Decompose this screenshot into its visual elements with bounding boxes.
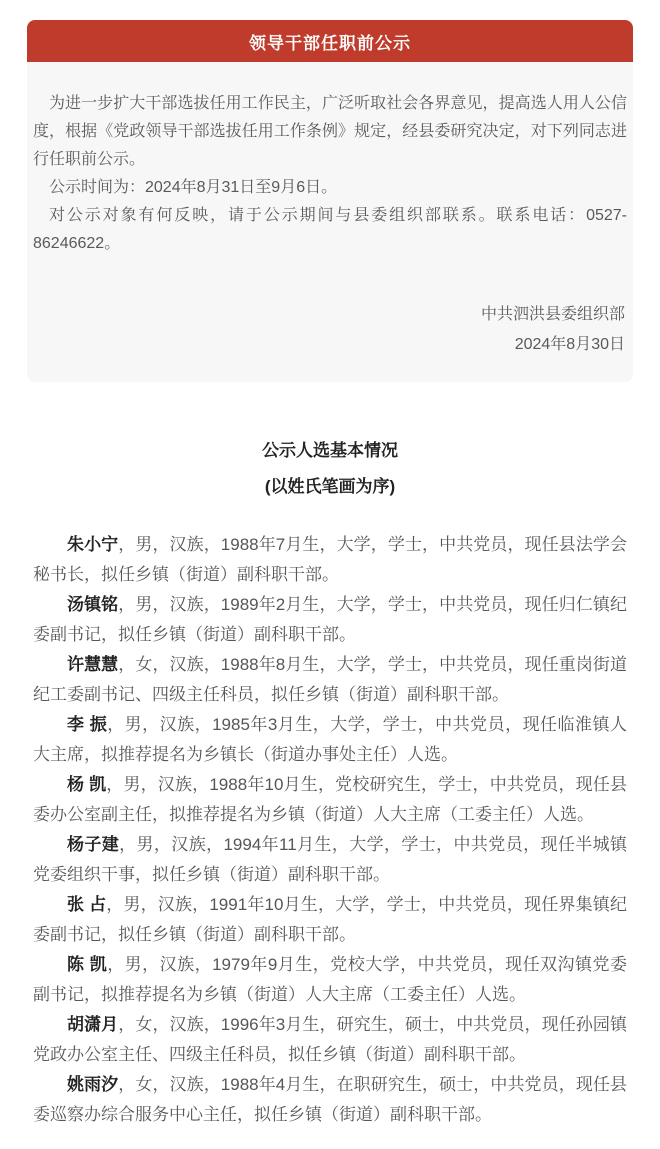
candidate-entry: 张 占，男，汉族，1991年10月生，大学，学士，中共党员，现任界集镇纪委副书记… (33, 890, 627, 950)
candidate-detail: ，男，汉族，1991年10月生，大学，学士，中共党员，现任界集镇纪委副书记，拟任… (33, 895, 627, 944)
candidate-entry: 杨 凯，男，汉族，1988年10月生，党校研究生，学士，中共党员，现任县委办公室… (33, 770, 627, 830)
notice-paragraph-period: 公示时间为：2024年8月31日至9月6日。 (33, 174, 627, 202)
roster-section: 公示人选基本情况 (以姓氏笔画为序) 朱小宁，男，汉族，1988年7月生，大学，… (27, 436, 633, 1130)
candidate-entry: 朱小宁，男，汉族，1988年7月生，大学，学士，中共党员，现任县法学会秘书长，拟… (33, 530, 627, 590)
candidate-entry: 杨子建，男，汉族，1994年11月生，大学，学士，中共党员，现任半城镇党委组织干… (33, 830, 627, 890)
candidate-detail: ，男，汉族，1979年9月生，党校大学，中共党员，现任双沟镇党委副书记，拟推荐提… (33, 955, 627, 1004)
candidate-name: 胡潇月 (67, 1015, 118, 1034)
signature-date: 2024年8月30日 (33, 330, 627, 360)
candidate-name: 许慧慧 (67, 655, 118, 674)
candidate-detail: ，女，汉族，1988年8月生，大学，学士，中共党员，现任重岗街道纪工委副书记、四… (33, 655, 627, 704)
roster-subtitle: (以姓氏笔画为序) (33, 472, 627, 502)
notice-paragraph-contact: 对公示对象有何反映，请于公示期间与县委组织部联系。联系电话：0527-86246… (33, 202, 627, 258)
candidate-name: 汤镇铭 (67, 595, 118, 614)
roster-title: 公示人选基本情况 (33, 436, 627, 466)
candidate-name: 朱小宁 (67, 535, 118, 554)
candidate-entry: 胡潇月，女，汉族，1996年3月生，研究生，硕士，中共党员，现任孙园镇党政办公室… (33, 1010, 627, 1070)
candidate-detail: ，男，汉族，1988年7月生，大学，学士，中共党员，现任县法学会秘书长，拟任乡镇… (33, 535, 627, 584)
candidate-detail: ，女，汉族，1988年4月生，在职研究生，硕士，中共党员，现任县委巡察办综合服务… (33, 1075, 627, 1124)
candidate-detail: ，男，汉族，1989年2月生，大学，学士，中共党员，现任归仁镇纪委副书记，拟任乡… (33, 595, 627, 644)
candidate-name: 杨 凯 (67, 775, 106, 794)
announcement-page: 领导干部任职前公示 为进一步扩大干部选拔任用工作民主，广泛听取社会各界意见，提高… (0, 0, 660, 1149)
candidate-name: 陈 凯 (67, 955, 107, 974)
candidate-entry: 汤镇铭，男，汉族，1989年2月生，大学，学士，中共党员，现任归仁镇纪委副书记，… (33, 590, 627, 650)
candidate-name: 杨子建 (67, 835, 119, 854)
candidate-detail: ，男，汉族，1988年10月生，党校研究生，学士，中共党员，现任县委办公室副主任… (33, 775, 627, 824)
candidate-entry: 姚雨汐，女，汉族，1988年4月生，在职研究生，硕士，中共党员，现任县委巡察办综… (33, 1070, 627, 1130)
page-title: 领导干部任职前公示 (249, 29, 411, 54)
candidate-detail: ，女，汉族，1996年3月生，研究生，硕士，中共党员，现任孙园镇党政办公室主任、… (33, 1015, 627, 1064)
notice-paragraph-intro: 为进一步扩大干部选拔任用工作民主，广泛听取社会各界意见，提高选人用人公信度，根据… (33, 90, 627, 174)
candidate-name: 张 占 (67, 895, 106, 914)
candidate-name: 姚雨汐 (67, 1075, 118, 1094)
candidate-list: 朱小宁，男，汉族，1988年7月生，大学，学士，中共党员，现任县法学会秘书长，拟… (33, 530, 627, 1130)
signature-block: 中共泗洪县委组织部 2024年8月30日 (33, 300, 627, 360)
candidate-name: 李 振 (67, 715, 107, 734)
candidate-detail: ，男，汉族，1985年3月生，大学，学士，中共党员，现任临淮镇人大主席，拟推荐提… (33, 715, 627, 764)
candidate-entry: 许慧慧，女，汉族，1988年8月生，大学，学士，中共党员，现任重岗街道纪工委副书… (33, 650, 627, 710)
notice-box: 为进一步扩大干部选拔任用工作民主，广泛听取社会各界意见，提高选人用人公信度，根据… (27, 62, 633, 382)
candidate-entry: 陈 凯，男，汉族，1979年9月生，党校大学，中共党员，现任双沟镇党委副书记，拟… (33, 950, 627, 1010)
candidate-detail: ，男，汉族，1994年11月生，大学，学士，中共党员，现任半城镇党委组织干事，拟… (33, 835, 627, 884)
signature-org: 中共泗洪县委组织部 (33, 300, 627, 330)
title-banner: 领导干部任职前公示 (27, 20, 633, 62)
candidate-entry: 李 振，男，汉族，1985年3月生，大学，学士，中共党员，现任临淮镇人大主席，拟… (33, 710, 627, 770)
